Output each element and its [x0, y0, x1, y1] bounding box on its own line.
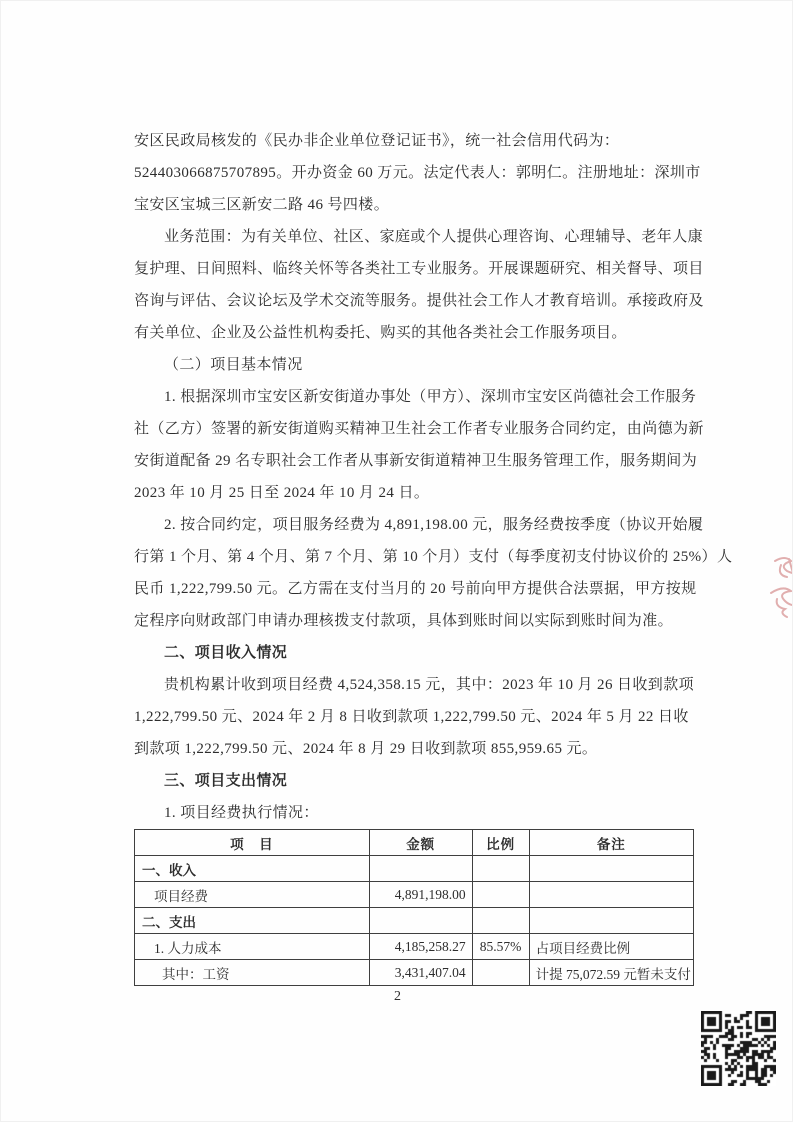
table-row: 一、收入 [135, 856, 694, 882]
section-heading-expense: 三、项目支出情况 [134, 765, 694, 797]
body-text-line: 定程序向财政部门申请办理核拨支付款项，具体到账时间以实际到账时间为准。 [134, 605, 694, 637]
cell-item: 其中：工资 [135, 960, 370, 986]
table-row: 二、支出 [135, 908, 694, 934]
table-header-amount: 金额 [369, 830, 472, 856]
cell-amount [369, 856, 472, 882]
table-header-note: 备注 [529, 830, 693, 856]
body-text-line: 2. 按合同约定，项目服务经费为 4,891,198.00 元，服务经费按季度（… [134, 509, 694, 541]
subsection-heading: （二）项目基本情况 [134, 349, 694, 381]
cell-item: 一、收入 [135, 856, 370, 882]
cell-ratio [472, 882, 529, 908]
cell-ratio [472, 856, 529, 882]
body-text-line: 咨询与评估、会议论坛及学术交流等服务。提供社会工作人才教育培训。承接政府及 [134, 285, 694, 317]
section-heading-income: 二、项目收入情况 [134, 637, 694, 669]
cell-ratio [472, 960, 529, 986]
cell-amount: 4,891,198.00 [369, 882, 472, 908]
body-text-line: 安区民政局核发的《民办非企业单位登记证书》，统一社会信用代码为： [134, 125, 694, 157]
body-text-line: 到款项 1,222,799.50 元、2024 年 8 月 29 日收到款项 8… [134, 733, 694, 765]
qr-code [701, 1011, 776, 1086]
cell-amount [369, 908, 472, 934]
page-number: 2 [1, 987, 793, 1007]
body-text-line: 社（乙方）签署的新安街道购买精神卫生社会工作者专业服务合同约定，由尚德为新 [134, 413, 694, 445]
body-text-line: 贵机构累计收到项目经费 4,524,358.15 元，其中：2023 年 10 … [134, 669, 694, 701]
body-text-line: 524403066875707895。开办资金 60 万元。法定代表人：郭明仁。… [134, 157, 694, 189]
table-row: 其中：工资3,431,407.04计提 75,072.59 元暂未支付 [135, 960, 694, 986]
table-header-row: 项 目 金额 比例 备注 [135, 830, 694, 856]
body-text-line: 业务范围：为有关单位、社区、家庭或个人提供心理咨询、心理辅导、老年人康 [134, 221, 694, 253]
cell-amount: 4,185,258.27 [369, 934, 472, 960]
body-text-line: 1. 项目经费执行情况： [134, 797, 694, 829]
body-text-line: 有关单位、企业及公益性机构委托、购买的其他各类社会工作服务项目。 [134, 317, 694, 349]
expense-table-body: 一、收入项目经费4,891,198.00二、支出1. 人力成本4,185,258… [135, 856, 694, 986]
expense-table: 项 目 金额 比例 备注 一、收入项目经费4,891,198.00二、支出1. … [134, 829, 694, 986]
body-text-line: 1,222,799.50 元、2024 年 2 月 8 日收到款项 1,222,… [134, 701, 694, 733]
table-row: 项目经费4,891,198.00 [135, 882, 694, 908]
document-page: 安区民政局核发的《民办非企业单位登记证书》，统一社会信用代码为： 5244030… [0, 0, 793, 1122]
cell-item: 项目经费 [135, 882, 370, 908]
cell-note [529, 882, 693, 908]
body-text-line: 2023 年 10 月 25 日至 2024 年 10 月 24 日。 [134, 477, 694, 509]
cell-ratio [472, 908, 529, 934]
table-header-item: 项 目 [135, 830, 370, 856]
cell-note [529, 908, 693, 934]
body-text-line: 民币 1,222,799.50 元。乙方需在支付当月的 20 号前向甲方提供合法… [134, 573, 694, 605]
body-text-line: 行第 1 个月、第 4 个月、第 7 个月、第 10 个月）支付（每季度初支付协… [134, 541, 694, 573]
document-body: 安区民政局核发的《民办非企业单位登记证书》，统一社会信用代码为： 5244030… [134, 125, 694, 986]
cell-item: 二、支出 [135, 908, 370, 934]
seal-stamp [757, 549, 793, 629]
table-header-ratio: 比例 [472, 830, 529, 856]
cell-item: 1. 人力成本 [135, 934, 370, 960]
cell-note: 占项目经费比例 [529, 934, 693, 960]
table-row: 1. 人力成本4,185,258.2785.57%占项目经费比例 [135, 934, 694, 960]
body-text-line: 宝安区宝城三区新安二路 46 号四楼。 [134, 189, 694, 221]
cell-amount: 3,431,407.04 [369, 960, 472, 986]
cell-ratio: 85.57% [472, 934, 529, 960]
cell-note [529, 856, 693, 882]
cell-note: 计提 75,072.59 元暂未支付 [529, 960, 693, 986]
body-text-line: 复护理、日间照料、临终关怀等各类社工专业服务。开展课题研究、相关督导、项目 [134, 253, 694, 285]
body-text-line: 1. 根据深圳市宝安区新安街道办事处（甲方）、深圳市宝安区尚德社会工作服务 [134, 381, 694, 413]
body-text-line: 安街道配备 29 名专职社会工作者从事新安街道精神卫生服务管理工作，服务期间为 [134, 445, 694, 477]
